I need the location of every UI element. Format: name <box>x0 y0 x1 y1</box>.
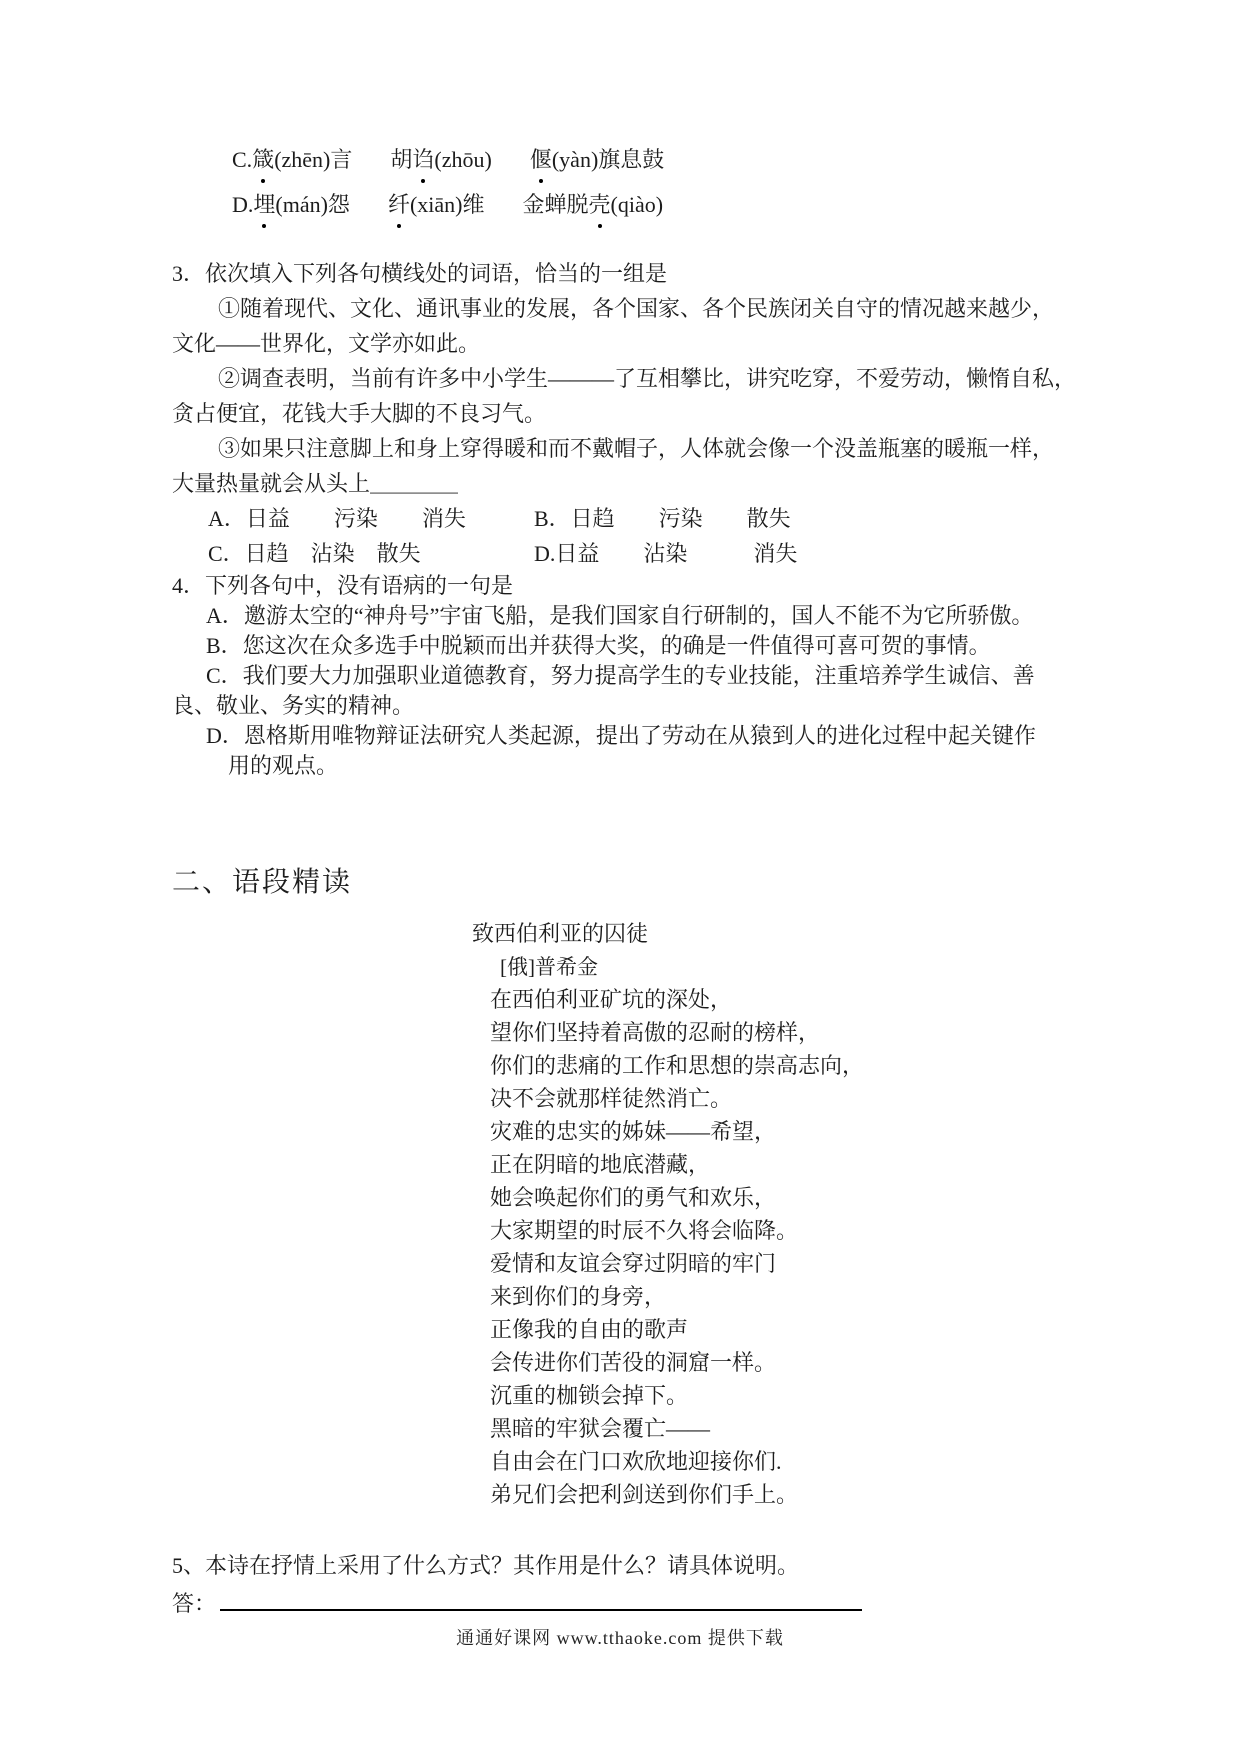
plain-text: (yàn)旗息鼓 <box>552 147 664 172</box>
text-line: 望你们坚持着高傲的忍耐的榜样， <box>490 1016 1084 1049</box>
q2-options-block: C.箴(zhēn)言胡诌(zhōu)偃(yàn)旗息鼓 D.埋(mán)怨纤(x… <box>172 140 1084 230</box>
text-line: 爱情和友谊会穿过阴暗的牢门 <box>490 1247 1084 1280</box>
text-line: ②调查表明，当前有许多中小学生———了互相攀比，讲究吃穿，不爱劳动，懒惰自私， <box>172 361 1084 396</box>
choice-right: B．日趋 污染 散失 <box>534 506 791 531</box>
question-3-choices: A．日益 污染 消失B．日趋 污染 散失C．日趋 沾染 散失D.日益 沾染 消失 <box>172 501 1084 571</box>
emphasized-char: 纤 <box>388 185 410 225</box>
question-3-body: ①随着现代、文化、通讯事业的发展，各个国家、各个民族闭关自守的情况越来越少，文化… <box>172 291 1084 501</box>
question-4-stem: 4．下列各句中，没有语病的一句是 <box>172 571 1084 601</box>
text-line: 大量热量就会从头上＿＿＿＿ <box>172 466 1084 501</box>
text-line: 会传进你们苦役的洞窟一样。 <box>490 1346 1084 1379</box>
pinyin-word-group: 纤(xiān)维 <box>388 192 485 217</box>
text-line: 正像我的自由的歌声 <box>490 1313 1084 1346</box>
text-line: 贪占便宜，花钱大手大脚的不良习气。 <box>172 396 1084 431</box>
plain-text: 胡 <box>390 147 412 172</box>
poem-body: 在西伯利亚矿坑的深处，望你们坚持着高傲的忍耐的榜样，你们的悲痛的工作和思想的崇高… <box>490 983 1084 1511</box>
text-line: ①随着现代、文化、通讯事业的发展，各个国家、各个民族闭关自守的情况越来越少， <box>172 291 1084 326</box>
plain-text: (mán)怨 <box>275 192 350 217</box>
question-5: 5、本诗在抒情上采用了什么方式？其作用是什么？请具体说明。 答： <box>172 1547 1084 1623</box>
answer-label: 答： <box>172 1591 216 1616</box>
text-line: 自由会在门口欢欣地迎接你们. <box>490 1445 1084 1478</box>
text-line: 在西伯利亚矿坑的深处， <box>490 983 1084 1016</box>
plain-text: (zhōu) <box>434 147 491 172</box>
poem-author: [俄]普希金 <box>500 951 1084 983</box>
footer-watermark: 通通好课网 www.tthaoke.com 提供下载 <box>0 1624 1240 1650</box>
text-line: 良、敬业、务实的精神。 <box>172 691 1084 721</box>
pinyin-word-group: 箴(zhēn)言 <box>252 147 352 172</box>
text-line: A．邀游太空的“神舟号”宇宙飞船，是我们国家自行研制的，国人不能不为它所骄傲。 <box>172 601 1084 631</box>
question-3: 3．依次填入下列各句横线处的词语，恰当的一组是 ①随着现代、文化、通讯事业的发展… <box>172 256 1084 571</box>
answer-blank-line <box>220 1589 862 1611</box>
plain-text: 金蝉脱 <box>522 192 588 217</box>
emphasized-char: 诌 <box>412 140 434 180</box>
text-line: 来到你们的身旁， <box>490 1280 1084 1313</box>
question-5-stem: 5、本诗在抒情上采用了什么方式？其作用是什么？请具体说明。 <box>172 1547 1084 1585</box>
option-label: C. <box>232 147 252 172</box>
plain-text: (xiān)维 <box>410 192 485 217</box>
emphasized-char: 箴 <box>252 140 274 180</box>
choice-left: C．日趋 沾染 散失 <box>208 536 534 571</box>
plain-text: (zhēn)言 <box>274 147 352 172</box>
emphasized-char: 偃 <box>530 140 552 180</box>
poem-title: 致西伯利亚的囚徒 <box>472 917 1084 951</box>
text-line: 决不会就那样徒然消亡。 <box>490 1082 1084 1115</box>
text-line: 用的观点。 <box>172 751 1084 781</box>
text-line: 弟兄们会把利剑送到你们手上。 <box>490 1478 1084 1511</box>
text-line: 沉重的枷锁会掉下。 <box>490 1379 1084 1412</box>
choice-left: A．日益 污染 消失 <box>208 501 534 536</box>
q2-option-d: D.埋(mán)怨纤(xiān)维金蝉脱壳(qiào) <box>172 185 1084 230</box>
plain-text: (qiào) <box>611 192 664 217</box>
choice-right: D.日益 沾染 消失 <box>534 541 797 566</box>
document-page: C.箴(zhēn)言胡诌(zhōu)偃(yàn)旗息鼓 D.埋(mán)怨纤(x… <box>0 0 1240 1754</box>
text-line: 灾难的忠实的姊妹——希望， <box>490 1115 1084 1148</box>
text-line: B．您这次在众多选手中脱颖而出并获得大奖，的确是一件值得可喜可贺的事情。 <box>172 631 1084 661</box>
question-3-stem: 3．依次填入下列各句横线处的词语，恰当的一组是 <box>172 256 1084 291</box>
pinyin-word-group: 胡诌(zhōu) <box>390 147 491 172</box>
text-line: D．恩格斯用唯物辩证法研究人类起源，提出了劳动在从猿到人的进化过程中起关键作 <box>172 721 1084 751</box>
q2-option-c: C.箴(zhēn)言胡诌(zhōu)偃(yàn)旗息鼓 <box>172 140 1084 185</box>
text-line: 你们的悲痛的工作和思想的崇高志向， <box>490 1049 1084 1082</box>
choice-row: C．日趋 沾染 散失D.日益 沾染 消失 <box>172 536 1084 571</box>
document-content: C.箴(zhēn)言胡诌(zhōu)偃(yàn)旗息鼓 D.埋(mán)怨纤(x… <box>172 140 1084 1623</box>
text-line: 文化——世界化，文学亦如此。 <box>172 326 1084 361</box>
option-label: D. <box>232 192 253 217</box>
text-line: C．我们要大力加强职业道德教育，努力提高学生的专业技能，注重培养学生诚信、善 <box>172 661 1084 691</box>
question-4-options: A．邀游太空的“神舟号”宇宙飞船，是我们国家自行研制的，国人不能不为它所骄傲。B… <box>172 601 1084 781</box>
pinyin-word-group: 金蝉脱壳(qiào) <box>522 192 663 217</box>
emphasized-char: 埋 <box>253 185 275 225</box>
answer-row: 答： <box>172 1585 1084 1623</box>
emphasized-char: 壳 <box>589 185 611 225</box>
text-line: 正在阴暗的地底潜藏， <box>490 1148 1084 1181</box>
section-2-heading: 二、语段精读 <box>172 865 1084 901</box>
text-line: 她会唤起你们的勇气和欢乐， <box>490 1181 1084 1214</box>
text-line: 大家期望的时辰不久将会临降。 <box>490 1214 1084 1247</box>
text-line: ③如果只注意脚上和身上穿得暖和而不戴帽子，人体就会像一个没盖瓶塞的暖瓶一样， <box>172 431 1084 466</box>
pinyin-word-group: 偃(yàn)旗息鼓 <box>530 147 664 172</box>
question-4: 4．下列各句中，没有语病的一句是 A．邀游太空的“神舟号”宇宙飞船，是我们国家自… <box>172 571 1084 781</box>
text-line: 黑暗的牢狱会覆亡—— <box>490 1412 1084 1445</box>
choice-row: A．日益 污染 消失B．日趋 污染 散失 <box>172 501 1084 536</box>
pinyin-word-group: 埋(mán)怨 <box>253 192 350 217</box>
